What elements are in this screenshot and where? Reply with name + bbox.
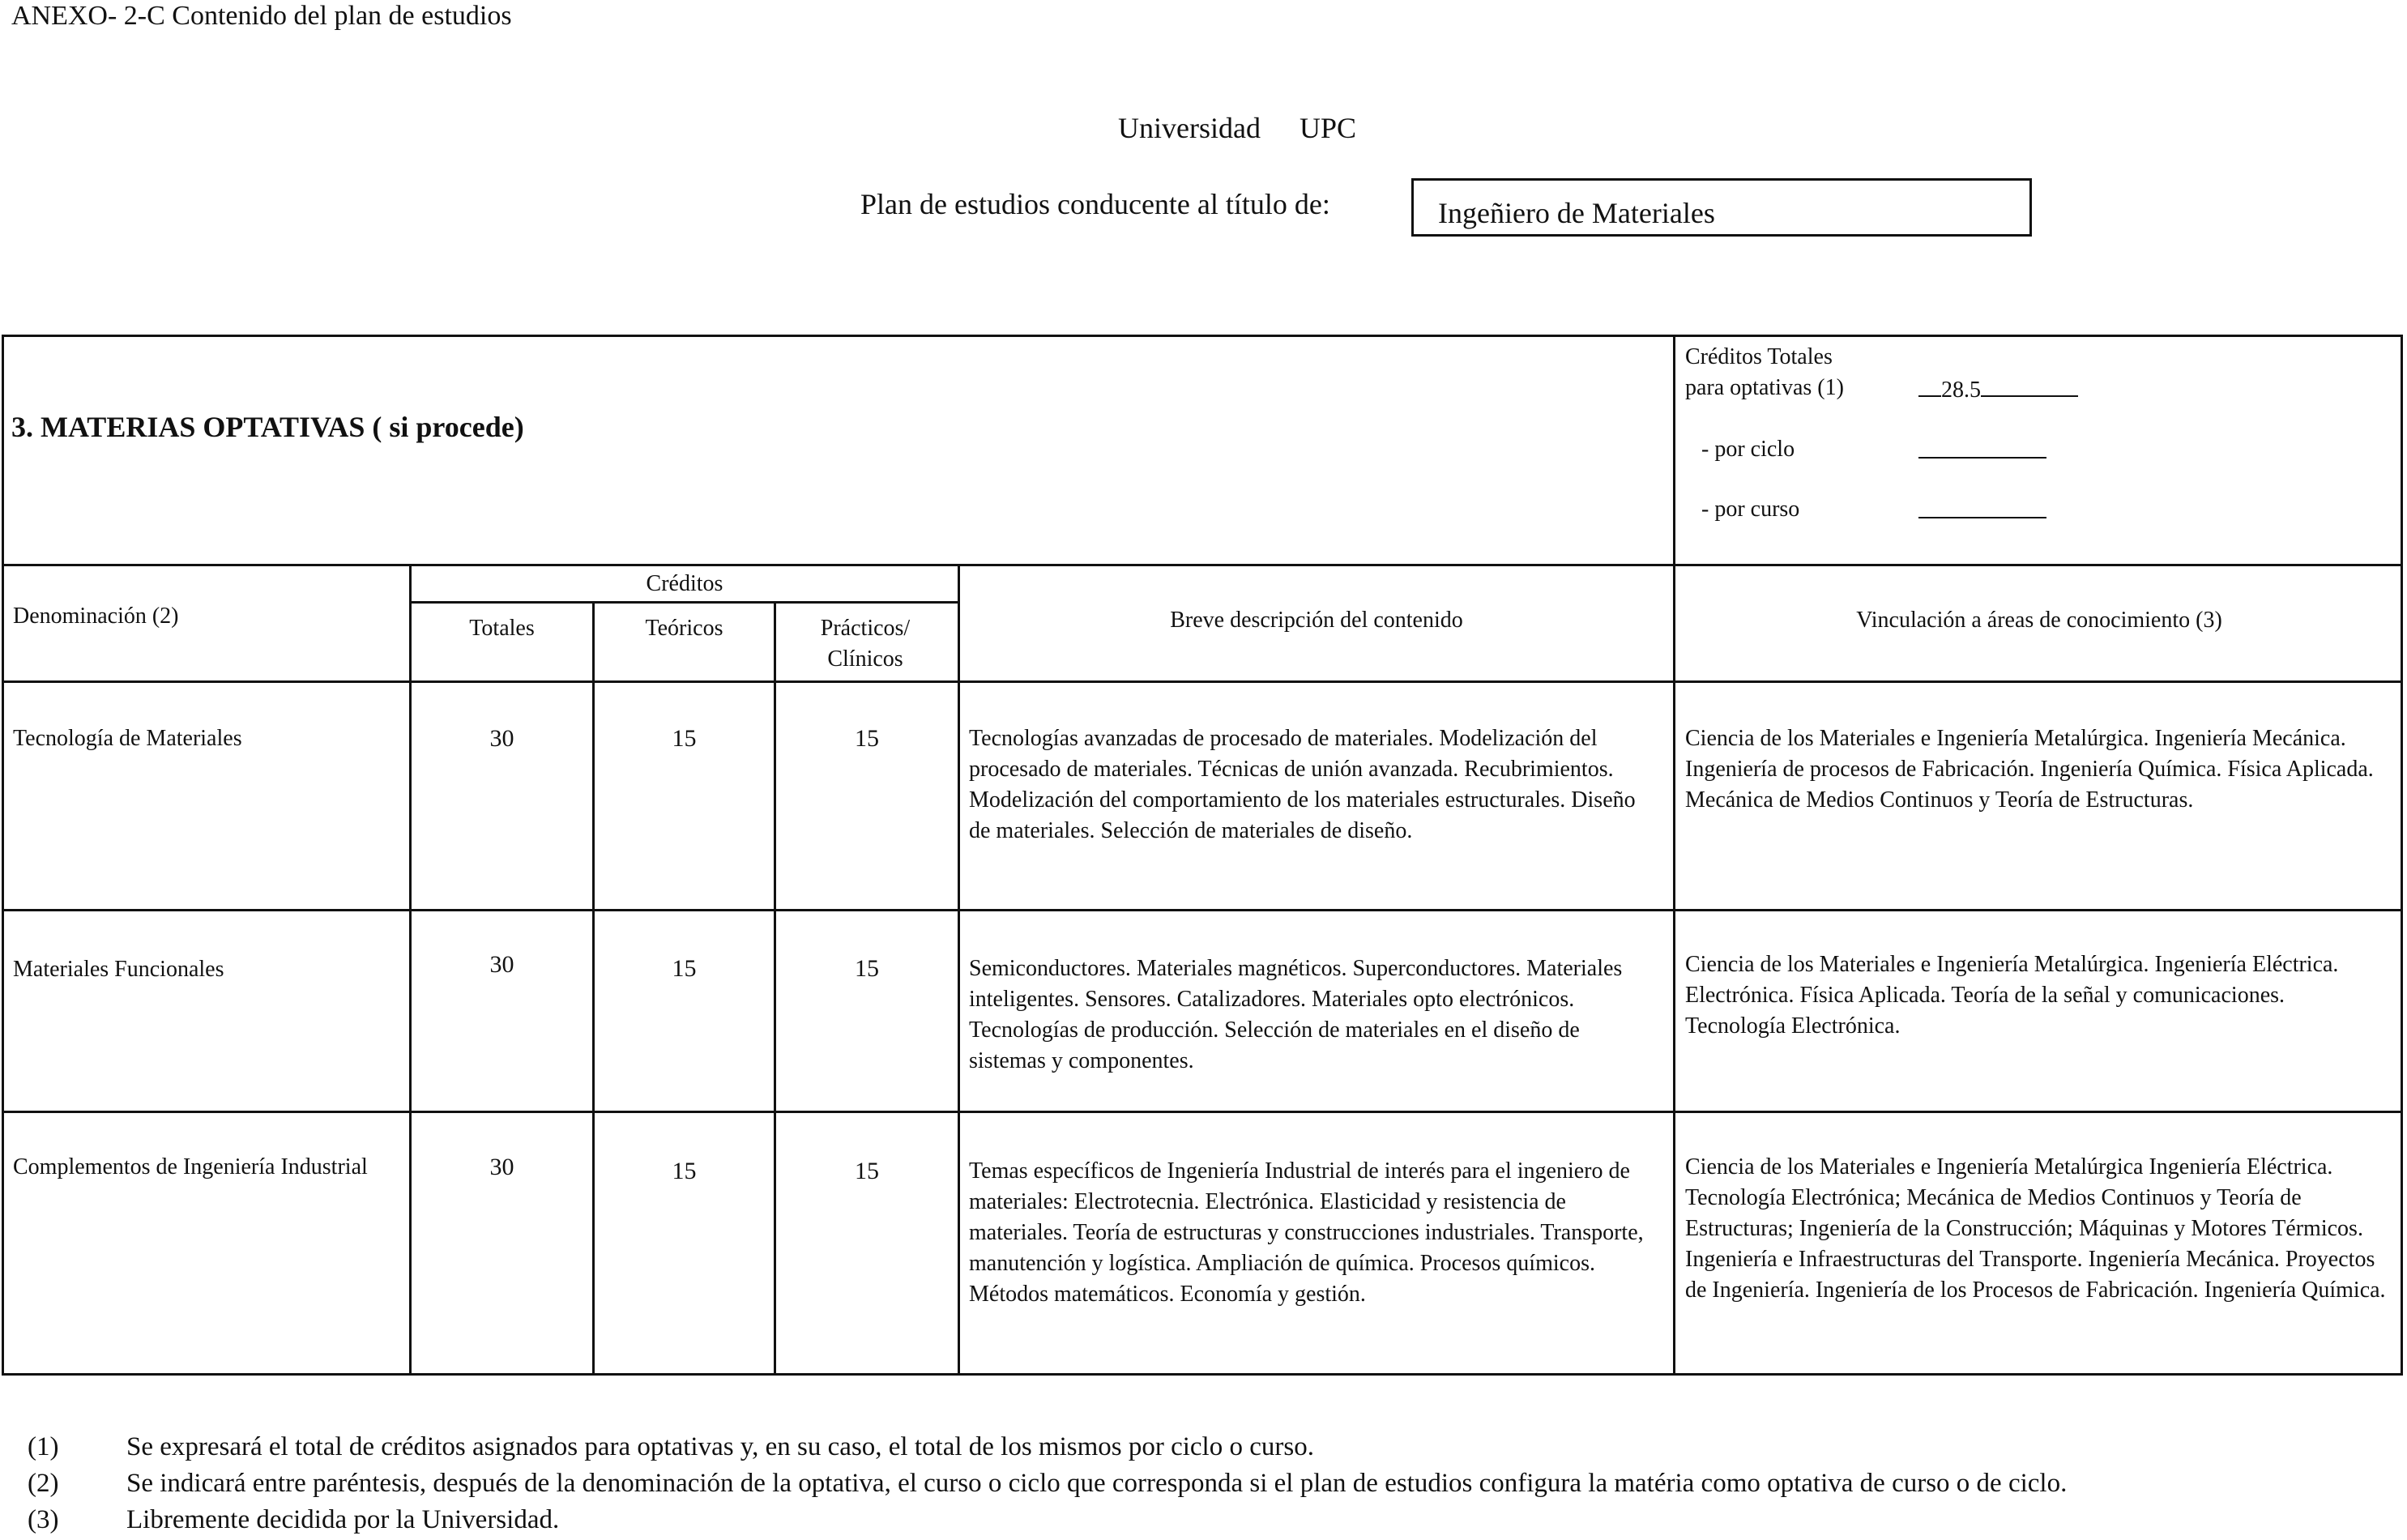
annex-title: ANEXO- 2-C Contenido del plan de estudio… [11,0,512,32]
divider [409,601,960,604]
row-3-vinculacion: Ciencia de los Materiales e Ingeniería M… [1685,1152,2398,1306]
university-line: UniversidadUPC [1118,110,1356,146]
por-curso-value [1918,494,2046,518]
row-3-teoricos: 15 [595,1156,774,1187]
row-1-practicos: 15 [776,723,958,754]
university-value: UPC [1300,112,1356,144]
header-practicos: Prácticos/ Clínicos [784,613,946,675]
header-denominacion: Denominación (2) [13,601,179,632]
university-label: Universidad [1118,112,1261,144]
row-2-totales: 30 [412,949,592,980]
row-3-descripcion: Temas específicos de Ingeniería Industri… [969,1156,1654,1310]
divider [2,909,2403,911]
por-curso-field [1918,494,2046,527]
degree-title-box: Ingeñiero de Materiales [1411,178,2032,237]
row-1-descripcion: Tecnologías avanzadas de procesado de ma… [969,723,1654,847]
header-descripcion: Breve descripción del contenido [960,605,1673,636]
por-ciclo-label: - por ciclo [1701,434,1795,465]
row-2-vinculacion: Ciencia de los Materiales e Ingeniería M… [1685,949,2382,1042]
credits-optativas-label: para optativas (1) [1685,373,1844,403]
row-1-denominacion: Tecnología de Materiales [13,723,402,754]
row-3-denominacion: Complementos de Ingeniería Industrial [13,1152,369,1183]
header-totales: Totales [412,613,592,644]
degree-title: Ingeñiero de Materiales [1438,197,1715,229]
credits-total-value: 28.5 [1941,378,1981,403]
divider [2,1111,2403,1113]
divider [592,601,595,1376]
footnote-1: (1)Se expresará el total de créditos asi… [0,1430,1314,1464]
footnote-1-text: Se expresará el total de créditos asigna… [126,1432,1314,1461]
row-2-denominacion: Materiales Funcionales [13,954,402,985]
header-vinculacion: Vinculación a áreas de conocimiento (3) [1675,605,2403,636]
credits-total-label: Créditos Totales [1685,342,1833,373]
section-title: 3. MATERIAS OPTATIVAS ( si procede) [11,409,524,445]
row-2-descripcion: Semiconductores. Materiales magnéticos. … [969,953,1654,1077]
row-2-practicos: 15 [776,953,958,984]
divider [1673,335,1675,1376]
header-teoricos: Teóricos [595,613,774,644]
header-creditos: Créditos [412,569,958,599]
divider [774,601,776,1376]
row-3-practicos: 15 [776,1156,958,1187]
divider [958,564,960,1376]
plan-label: Plan de estudios conducente al título de… [860,186,1330,222]
por-ciclo-field [1918,434,2046,467]
footnote-3-number: (3) [0,1503,126,1537]
footnote-1-number: (1) [0,1430,126,1464]
footnote-3: (3)Libremente decidida por la Universida… [0,1503,559,1537]
row-3-totales: 30 [412,1152,592,1183]
row-1-totales: 30 [412,723,592,754]
credits-total-field: 28.5 [1918,373,2078,406]
credits-summary: Créditos Totales para optativas (1) 28.5… [1685,342,2382,561]
divider [2,680,2403,683]
footnote-3-text: Libremente decidida por la Universidad. [126,1505,559,1534]
footnote-2-text: Se indicará entre paréntesis, después de… [126,1469,2067,1498]
row-1-vinculacion: Ciencia de los Materiales e Ingeniería M… [1685,723,2382,816]
divider [2,564,2403,566]
footnote-2: (2)Se indicará entre paréntesis, después… [0,1466,2067,1500]
por-curso-label: - por curso [1701,494,1799,525]
row-2-teoricos: 15 [595,953,774,984]
footnote-2-number: (2) [0,1466,126,1500]
row-1-teoricos: 15 [595,723,774,754]
por-ciclo-value [1918,434,2046,459]
